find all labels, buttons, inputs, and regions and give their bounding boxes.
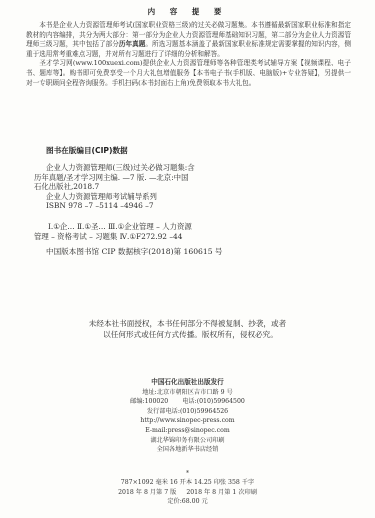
cip-heading: 图书在版编目(CIP)数据: [46, 145, 128, 156]
cip-verification-number: 中国版本图书馆 CIP 数据核字(2018)第 160615 号: [46, 246, 223, 257]
publisher-website: http://www.sinopec-press.com: [0, 416, 375, 426]
distribution-phone: 发行部电话:(010)59964526: [0, 407, 375, 417]
copyright-page: 内 容 提 要 本书是企业人力资源管理师考试(国家职业资格三级)的过关必做习题集…: [0, 0, 375, 518]
copyright-notice: 未经本社书面授权，本书任何部分不得被复制、抄袭，或者 以任何形式或任何方式传播。…: [0, 318, 375, 340]
cip-classification: Ⅰ.①企… Ⅱ.①圣… Ⅲ.①企业管理 – 人力资源 管理 – 资格考试 – 习…: [34, 222, 344, 242]
format-spec: 787×1092 毫米 16 开本 14.25 印张 358 千字: [0, 478, 375, 488]
copyright-line-2: 以任何形式或任何方式传播。版权所有，侵权必究。: [0, 329, 375, 340]
summary-text-bold: 历年真题: [119, 40, 146, 48]
publisher-contact: 邮编:100020电话:(010)59964500: [0, 397, 375, 407]
printer: 湖北华锦印务有限公司印刷: [0, 436, 375, 446]
cip-record: 企业人力资源管理师(三级)过关必做习题集:含 历年真题/圣才学习网主编. —7 …: [34, 163, 334, 211]
cip-isbn: ISBN 978 –7 –5114 –4946 –7: [34, 201, 334, 211]
copyright-line-1: 未经本社书面授权，本书任何部分不得被复制、抄袭，或者: [0, 318, 375, 329]
cip-series: 企业人力资源管理师考试辅导系列: [34, 192, 334, 202]
publisher-phone: 电话:(010)59964500: [182, 398, 245, 405]
publisher-postcode: 邮编:100020: [130, 398, 168, 405]
summary-title: 内 容 提 要: [0, 6, 375, 17]
cip-record-line-1: 企业人力资源管理师(三级)过关必做习题集:含: [34, 163, 334, 173]
publisher-name: 中国石化出版社出版发行: [0, 378, 375, 388]
cip-classification-line-2: 管理 – 资格考试 – 习题集 Ⅳ.①F272.92 –44: [34, 232, 344, 242]
summary-paragraph-2: 圣才学习网(www.100xuexi.com)提供企业人力资源管理师等各种管理类…: [26, 59, 351, 88]
edition: 2018 年 8 月第 7 版: [118, 489, 176, 496]
cip-record-line-2: 历年真题/圣才学习网主编. —7 版. —北京:中国: [34, 173, 334, 183]
publisher-info: 中国石化出版社出版发行 地址:北京市朝阳区吉市口路 9 号 邮编:100020电…: [0, 378, 375, 455]
summary-paragraph-1: 本书是企业人力资源管理师考试(国家职业资格三级)的过关必做习题集。本书遵循最新国…: [26, 21, 351, 59]
distributor: 全国各地新华书店经销: [0, 445, 375, 455]
publisher-email: E-mail:press@sinopec.com: [0, 426, 375, 436]
price: 定价:68.00 元: [0, 497, 375, 507]
summary-section: 本书是企业人力资源管理师考试(国家职业资格三级)的过关必做习题集。本书遵循最新国…: [26, 21, 351, 88]
divider-asterisk: *: [0, 470, 375, 478]
printing: 2018 年 8 月第 1 次印刷: [186, 489, 257, 496]
print-specs: * 787×1092 毫米 16 开本 14.25 印张 358 千字 2018…: [0, 470, 375, 507]
edition-info: 2018 年 8 月第 7 版2018 年 8 月第 1 次印刷: [0, 488, 375, 498]
publisher-address: 地址:北京市朝阳区吉市口路 9 号: [0, 388, 375, 398]
cip-record-line-3: 石化出版社,2018.7: [34, 182, 334, 192]
cip-classification-line-1: Ⅰ.①企… Ⅱ.①圣… Ⅲ.①企业管理 – 人力资源: [34, 222, 344, 232]
